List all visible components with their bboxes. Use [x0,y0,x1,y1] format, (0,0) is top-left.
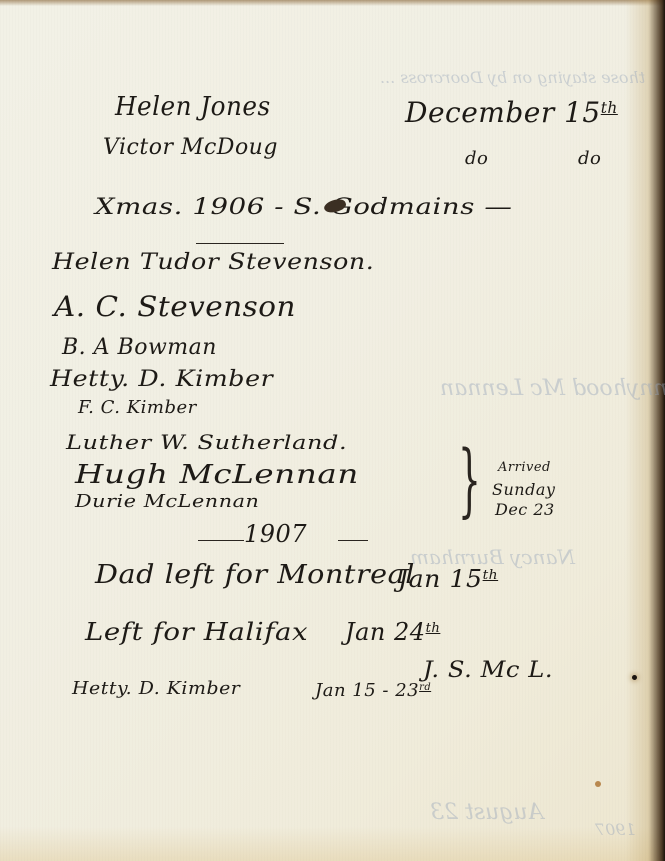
entry-date-suffix: th [601,99,618,117]
ink-dot [632,675,637,680]
underline [196,243,284,244]
foxing-spot [595,781,601,787]
ditto-mark: do [578,148,601,169]
bleed-through-text: August 23 [430,800,543,825]
year-heading: 1907 [244,520,307,548]
heading-rule-right [338,540,368,541]
bleed-through-text: 1907 [595,820,636,839]
guest-date-text: Jan 15 - 23 [315,680,419,701]
guest-name: Durie McLennan [75,491,259,512]
ditto-mark: do [465,148,488,169]
entry-date: December 15th [405,96,618,129]
journal-date-text: Jan 24 [345,618,426,646]
bleed-through-text: those staying on by Doorcross ... [380,68,645,87]
bleed-through-text: Mannyhood Mc Lennan [440,376,665,401]
section-heading: Xmas. 1906 - S. Godmains — [95,195,512,220]
bracket-note: Dec 23 [495,500,555,519]
guest-name: Hetty. D. Kimber [50,367,273,392]
bracket-note: Sunday [492,480,555,499]
bracket-note: Arrived [498,460,551,475]
guest-name: Victor McDoug [103,135,278,160]
guest-name: Hetty. D. Kimber [72,678,240,699]
guest-book-page: those staying on by Doorcross ... Mannyh… [0,0,665,861]
guest-date-suffix: rd [419,682,431,693]
guest-name: F. C. Kimber [78,397,197,418]
journal-date: Jan 24th [345,618,440,646]
guest-name: Luther W. Sutherland. [66,430,347,454]
entry-date-text: December 15 [405,96,601,129]
journal-date-suffix: th [483,568,499,583]
heading-rule-left [198,540,244,541]
journal-entry: Left for Halifax [85,618,308,646]
journal-date-suffix: th [426,621,441,636]
journal-date-text: Jan 15 [398,565,483,593]
initials-signature: J. S. Mc L. [423,658,553,683]
curly-brace: } [458,440,481,520]
guest-name: A. C. Stevenson [54,290,296,323]
journal-date: Jan 15th [398,565,498,593]
guest-name: Hugh McLennan [75,460,359,490]
guest-name: Helen Jones [115,92,271,122]
guest-date: Jan 15 - 23rd [315,680,431,701]
guest-name: Helen Tudor Stevenson. [52,250,374,275]
journal-entry: Dad left for Montreal [95,560,415,590]
guest-name: B. A Bowman [62,335,217,360]
